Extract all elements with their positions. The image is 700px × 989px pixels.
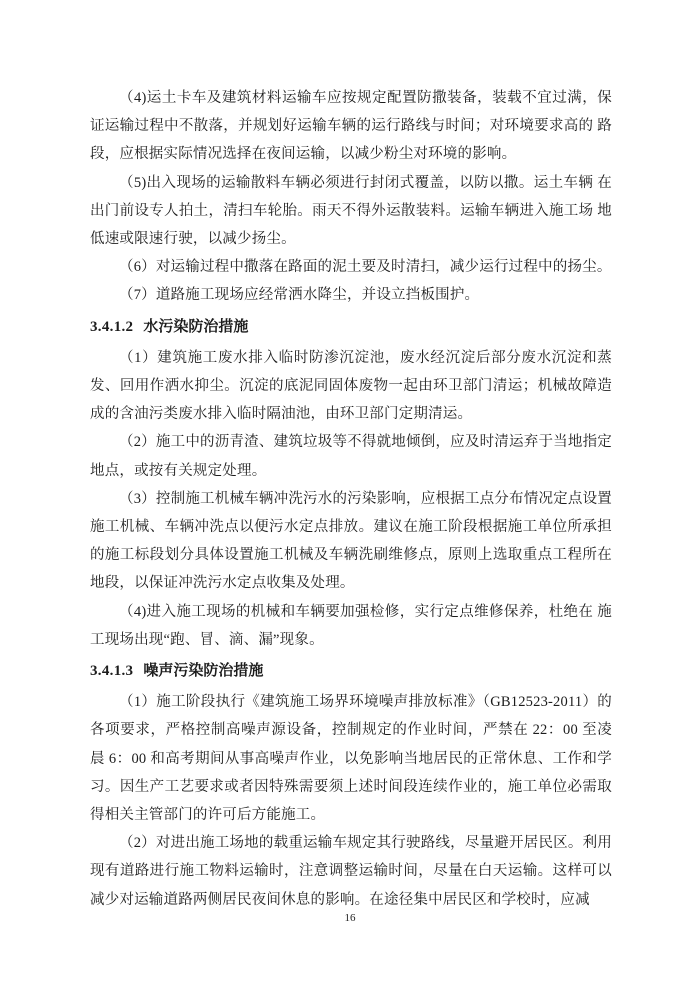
page-footer: 16 — [0, 908, 700, 926]
paragraph-noise-1: （1）施工阶段执行《建筑施工场界环境噪声排放标准》（GB12523-2011）的… — [90, 688, 612, 829]
heading-title: 水污染防治措施 — [143, 319, 248, 335]
section-heading-noise-pollution: 3.4.1.3噪声污染防治措施 — [90, 657, 612, 685]
paragraph-dust-6: （6）对运输过程中撒落在路面的泥土要及时清扫，减少运行过程中的扬尘。 — [90, 253, 612, 281]
section-heading-water-pollution: 3.4.1.2水污染防治措施 — [90, 313, 612, 341]
paragraph-dust-5: （5)出入现场的运输散料车辆必须进行封闭式覆盖，以防以撒。运土车辆 在出门前设专… — [90, 169, 612, 254]
paragraph-water-3: （3）控制施工机械车辆冲洗污水的污染影响，应根据工点分布情况定点设置施工机械、车… — [90, 485, 612, 598]
paragraph-water-2: （2）施工中的沥青渣、建筑垃圾等不得就地倾倒，应及时清运弃于当地指定地点，或按有… — [90, 428, 612, 484]
heading-number: 3.4.1.3 — [90, 663, 133, 679]
heading-number: 3.4.1.2 — [90, 319, 133, 335]
paragraph-dust-4: （4)运土卡车及建筑材料运输车应按规定配置防撒装备，装载不宜过满，保证运输过程中… — [90, 84, 612, 169]
paragraph-water-1: （1）建筑施工废水排入临时防渗沉淀池，废水经沉淀后部分废水沉淀和蒸发、回用作洒水… — [90, 344, 612, 429]
paragraph-dust-7: （7）道路施工现场应经常洒水降尘，并设立挡板围护。 — [90, 281, 612, 309]
paragraph-noise-2: （2）对进出施工场地的载重运输车规定其行驶路线，尽量避开居民区。利用现有道路进行… — [90, 829, 612, 914]
paragraph-water-4: （4)进入施工现场的机械和车辆要加强检修，实行定点维修保养，杜绝在 施工现场出现… — [90, 598, 612, 654]
document-page: （4)运土卡车及建筑材料运输车应按规定配置防撒装备，装载不宜过满，保证运输过程中… — [0, 0, 700, 989]
page-number: 16 — [345, 912, 356, 924]
heading-title: 噪声污染防治措施 — [143, 663, 263, 679]
